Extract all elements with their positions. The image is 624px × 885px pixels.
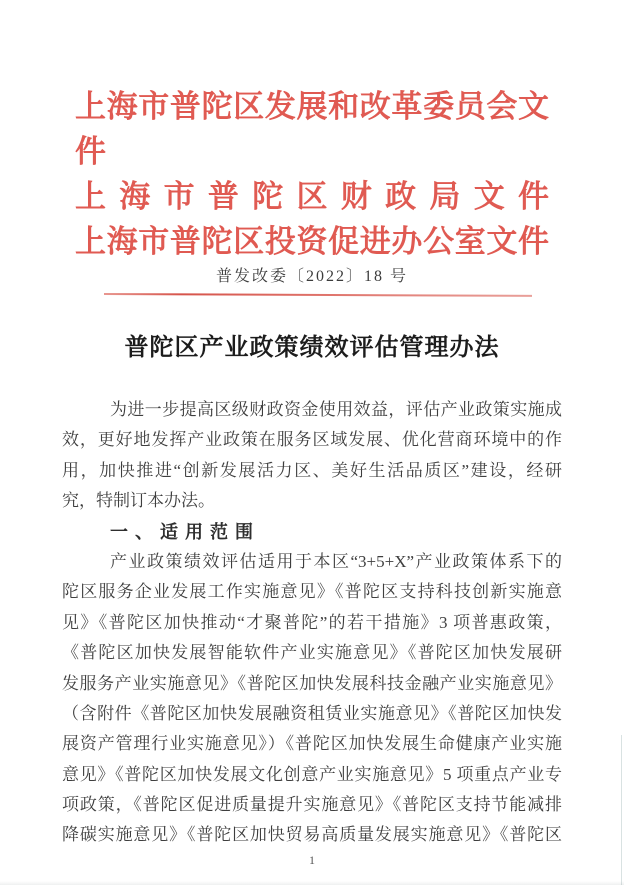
paragraph2-line: 《普陀区加快发展智能软件产业实施意见》《普陀区加快发展研 (62, 638, 562, 668)
document-page: 上海市普陀区发展和改革委员会文件 上海市普陀区财政局文件 上海市普陀区投资促进办… (0, 0, 624, 885)
scan-edge-artifact-bottom (0, 881, 624, 885)
section-heading-scope: 一、适用范围 (62, 517, 562, 547)
paragraph2-line: （含附件《普陀区加快发展融资租赁业实施意见》《普陀区加快发 (62, 699, 562, 729)
paragraph2-line: 意见》《普陀区加快发展文化创意产业实施意见》5 项重点产业专 (62, 760, 562, 790)
paragraph1-line: 为进一步提高区级财政资金使用效益，评估产业政策实施成 (62, 395, 562, 425)
paragraph2-line: 发服务产业实施意见》《普陀区加快发展科技金融产业实施意见》 (62, 669, 562, 699)
issuing-agency-line-1: 上海市普陀区发展和改革委员会文件 (75, 84, 549, 174)
page-number: 1 (0, 853, 624, 868)
paragraph2-line: 展资产管理行业实施意见》）《普陀区加快发展生命健康产业实施 (62, 729, 562, 759)
document-number: 普发改委〔2022〕18 号 (0, 267, 624, 286)
scan-edge-artifact-right (621, 735, 622, 885)
document-title: 普陀区产业政策绩效评估管理办法 (0, 334, 624, 362)
red-divider-rule (104, 293, 532, 297)
paragraph2-line: 降碳实施意见》《普陀区加快贸易高质量发展实施意见》《普陀区 (62, 820, 562, 850)
paragraph2-line: 见》《普陀区加快推动“才聚普陀”的若干措施》3 项普惠政策， (62, 608, 562, 638)
paragraph1-line: 究，特制订本办法。 (62, 486, 562, 516)
document-body: 为进一步提高区级财政资金使用效益，评估产业政策实施成 效，更好地发挥产业政策在服… (62, 395, 562, 851)
paragraph2-line: 陀区服务企业发展工作实施意见》《普陀区支持科技创新实施意 (62, 577, 562, 607)
paragraph2-line: 项政策，《普陀区促进质量提升实施意见》《普陀区支持节能减排 (62, 790, 562, 820)
document-letterhead: 上海市普陀区发展和改革委员会文件 上海市普陀区财政局文件 上海市普陀区投资促进办… (75, 0, 549, 264)
issuing-agency-line-2: 上海市普陀区财政局文件 (75, 174, 549, 219)
paragraph1-line: 用，加快推进“创新发展活力区、美好生活品质区”建设，经研 (62, 456, 562, 486)
issuing-agency-line-3: 上海市普陀区投资促进办公室文件 (75, 219, 549, 264)
paragraph1-line: 效，更好地发挥产业政策在服务区域发展、优化营商环境中的作 (62, 425, 562, 455)
paragraph2-line: 产业政策绩效评估适用于本区“3+5+X”产业政策体系下的《普 (62, 547, 562, 577)
